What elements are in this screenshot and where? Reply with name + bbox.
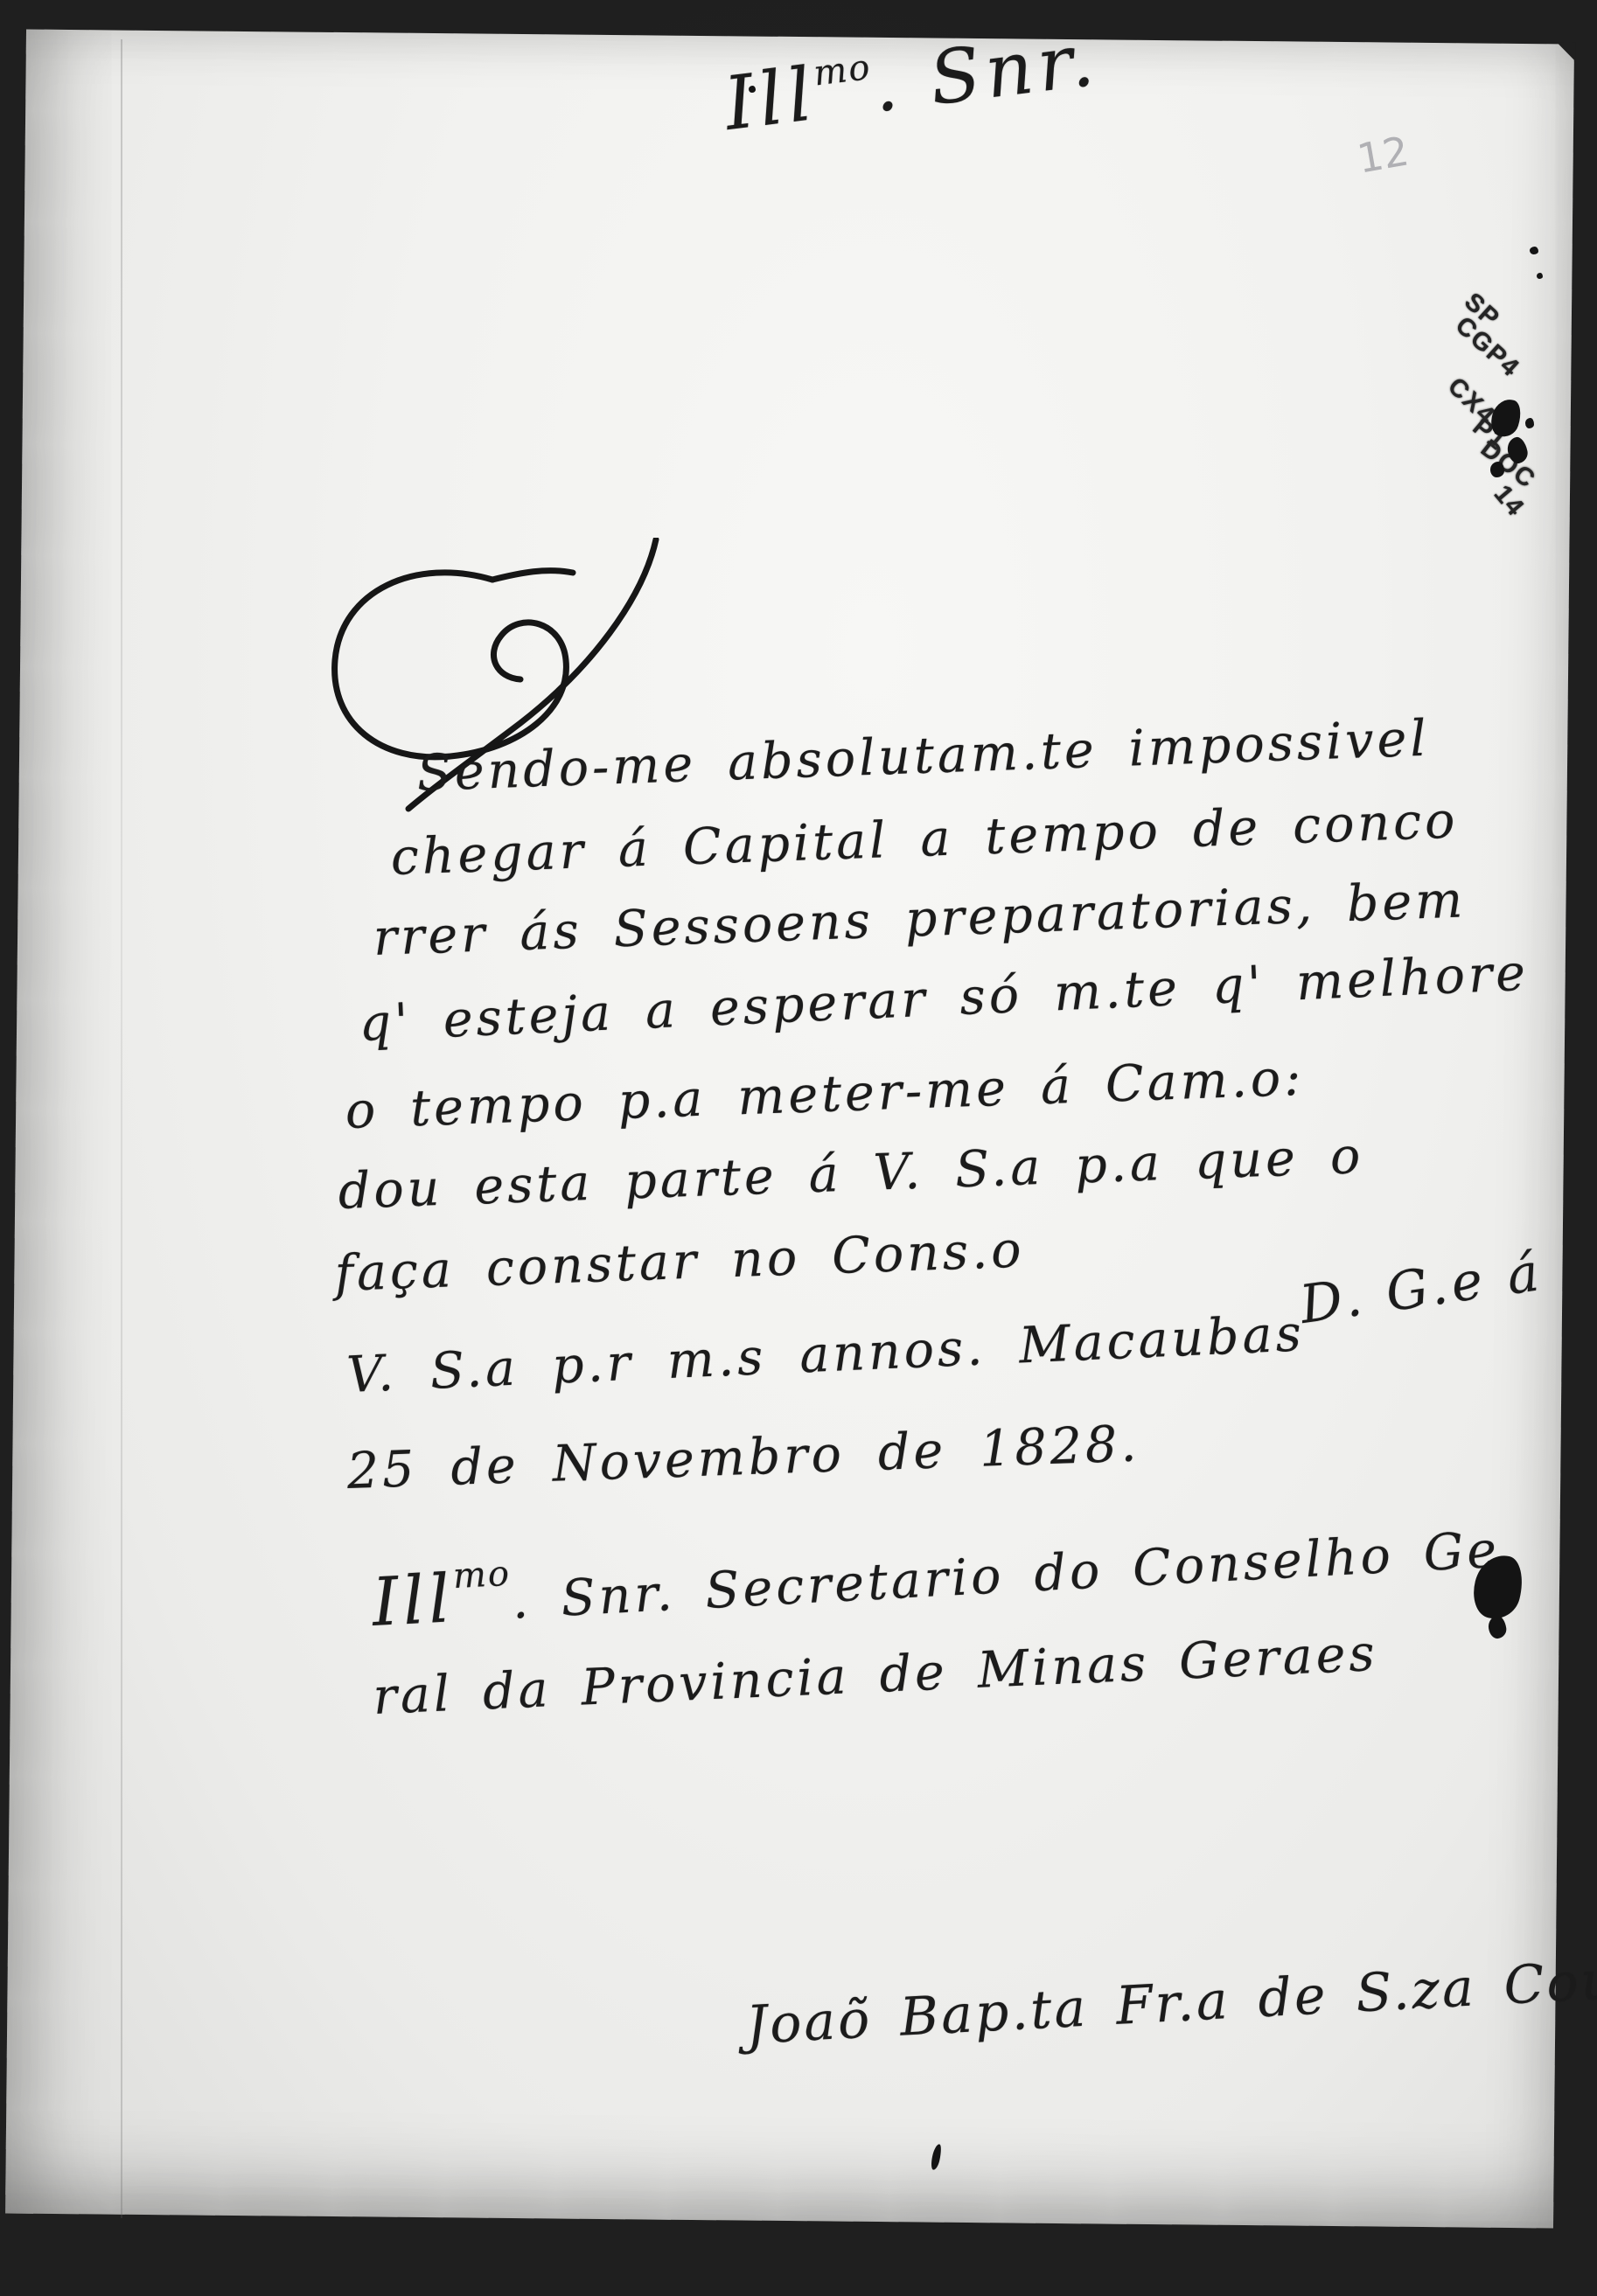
fold-crease xyxy=(121,39,122,2218)
document-scan: Illmo. Snr. 12 SP CGP4 CX4 P1 DOC 14 Sen… xyxy=(0,0,1597,2296)
ink-dot xyxy=(749,86,756,93)
ink-blot xyxy=(1490,462,1504,477)
salutation-superscript: mo xyxy=(812,47,874,94)
address-honorific-base: Ill xyxy=(370,1559,456,1641)
address-honorific-superscript: mo xyxy=(452,1554,512,1597)
pencil-page-number: 12 xyxy=(1354,127,1412,182)
ink-blot xyxy=(1525,418,1534,428)
ink-blot xyxy=(1530,247,1538,254)
salutation-base: Ill xyxy=(720,51,821,147)
ink-blot xyxy=(1537,273,1543,279)
bent-corner xyxy=(1557,42,1576,61)
